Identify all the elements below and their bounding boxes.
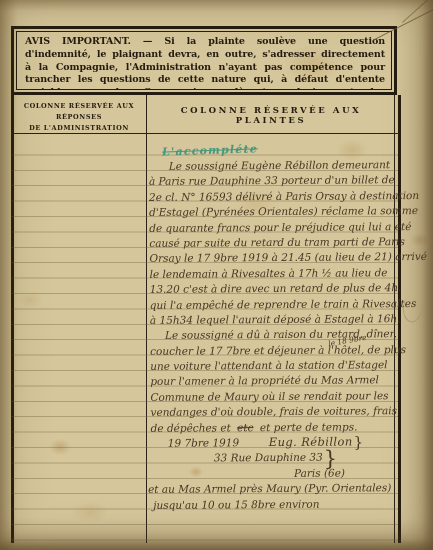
margin-scribble — [400, 290, 424, 327]
complaint-line: Le soussigné Eugène Rébillon demeurant — [149, 158, 399, 175]
postscript-line: et au Mas Armel près Maury (Pyr. Orienta… — [148, 481, 401, 498]
scanned-complaint-form: { "paper": { "background": "#d5c69b", "p… — [0, 0, 433, 550]
complaint-line: qui l'a empêché de reprendre le train à … — [150, 297, 400, 314]
complaint-line: 13.20 c'est à dire avec un retard de plu… — [150, 281, 400, 298]
green-annotation: L'accompléte — [162, 142, 258, 158]
final-line-struck-word: etc — [237, 422, 253, 434]
complaint-line: pour l'amener à la propriété du Mas Arme… — [150, 374, 400, 391]
complaint-line: vendanges d'où double, frais de voitures… — [150, 404, 400, 421]
complaint-date: 19 7bre 1919 — [168, 437, 239, 449]
notice-separator: — — [143, 36, 152, 47]
city-line: Paris (6e) — [151, 466, 401, 483]
signature-flourish: } — [354, 433, 364, 451]
date-signature-row: 19 7bre 1919 Eug. Rébillon} — [151, 435, 401, 452]
complaint-line: Orsay le 17 9bre 1919 à 21.45 (au lieu d… — [149, 250, 399, 267]
complaint-line: d'Estagel (Pyrénées Orientales) réclame … — [149, 204, 399, 221]
signature-name: Eug. Rébillon — [269, 434, 353, 449]
admin-column-header: COLONNE RÉSERVÉE AUX RÉPONSES DE L'ADMIN… — [12, 101, 146, 134]
address-text: 33 Rue Dauphine 33 — [214, 452, 323, 465]
final-line-pre: de dépêches et — [151, 422, 231, 435]
admin-column-header-line2: DE L'ADMINISTRATION — [12, 123, 146, 134]
complaint-line: à Paris rue Dauphine 33 porteur d'un bil… — [149, 174, 399, 191]
complaint-line: Commune de Maury où il se rendait pour l… — [150, 389, 400, 406]
postscript-line: jusqu'au 10 ou 15 8bre environ — [151, 497, 401, 514]
complaint-line: le lendemain à Rivesaltes à 17h ½ au lie… — [150, 266, 400, 283]
plaintes-column-header: COLONNE RÉSERVÉE AUX PLAINTES — [147, 106, 395, 126]
complaint-line: 2e cl. N° 16593 délivré à Paris Orsay à … — [149, 189, 399, 206]
address-line: 33 Rue Dauphine 33} — [151, 451, 401, 468]
important-notice-text: AVIS IMPORTANT. — Si la plainte soulève … — [16, 31, 392, 90]
final-line-post: et perte de temps. — [260, 421, 358, 434]
complaint-line: de quarante francs pour le préjudice qui… — [149, 220, 399, 237]
column-divider — [146, 95, 147, 543]
admin-column-header-line1: COLONNE RÉSERVÉE AUX RÉPONSES — [12, 101, 146, 123]
complaint-line: à 15h34 lequel l'aurait déposé à Estagel… — [150, 312, 400, 329]
notice-title: AVIS IMPORTANT. — [25, 36, 131, 47]
important-notice-box: AVIS IMPORTANT. — Si la plainte soulève … — [11, 26, 397, 95]
complaint-line: coucher le 17 7bre et déjeuner à l'hôtel… — [150, 343, 400, 360]
complaint-line: une voiture l'attendant à la station d'E… — [150, 358, 400, 375]
table-left-border — [11, 95, 14, 543]
complaint-line: causé par suite du retard du tram parti … — [149, 235, 399, 252]
signature: Eug. Rébillon} — [269, 434, 364, 451]
